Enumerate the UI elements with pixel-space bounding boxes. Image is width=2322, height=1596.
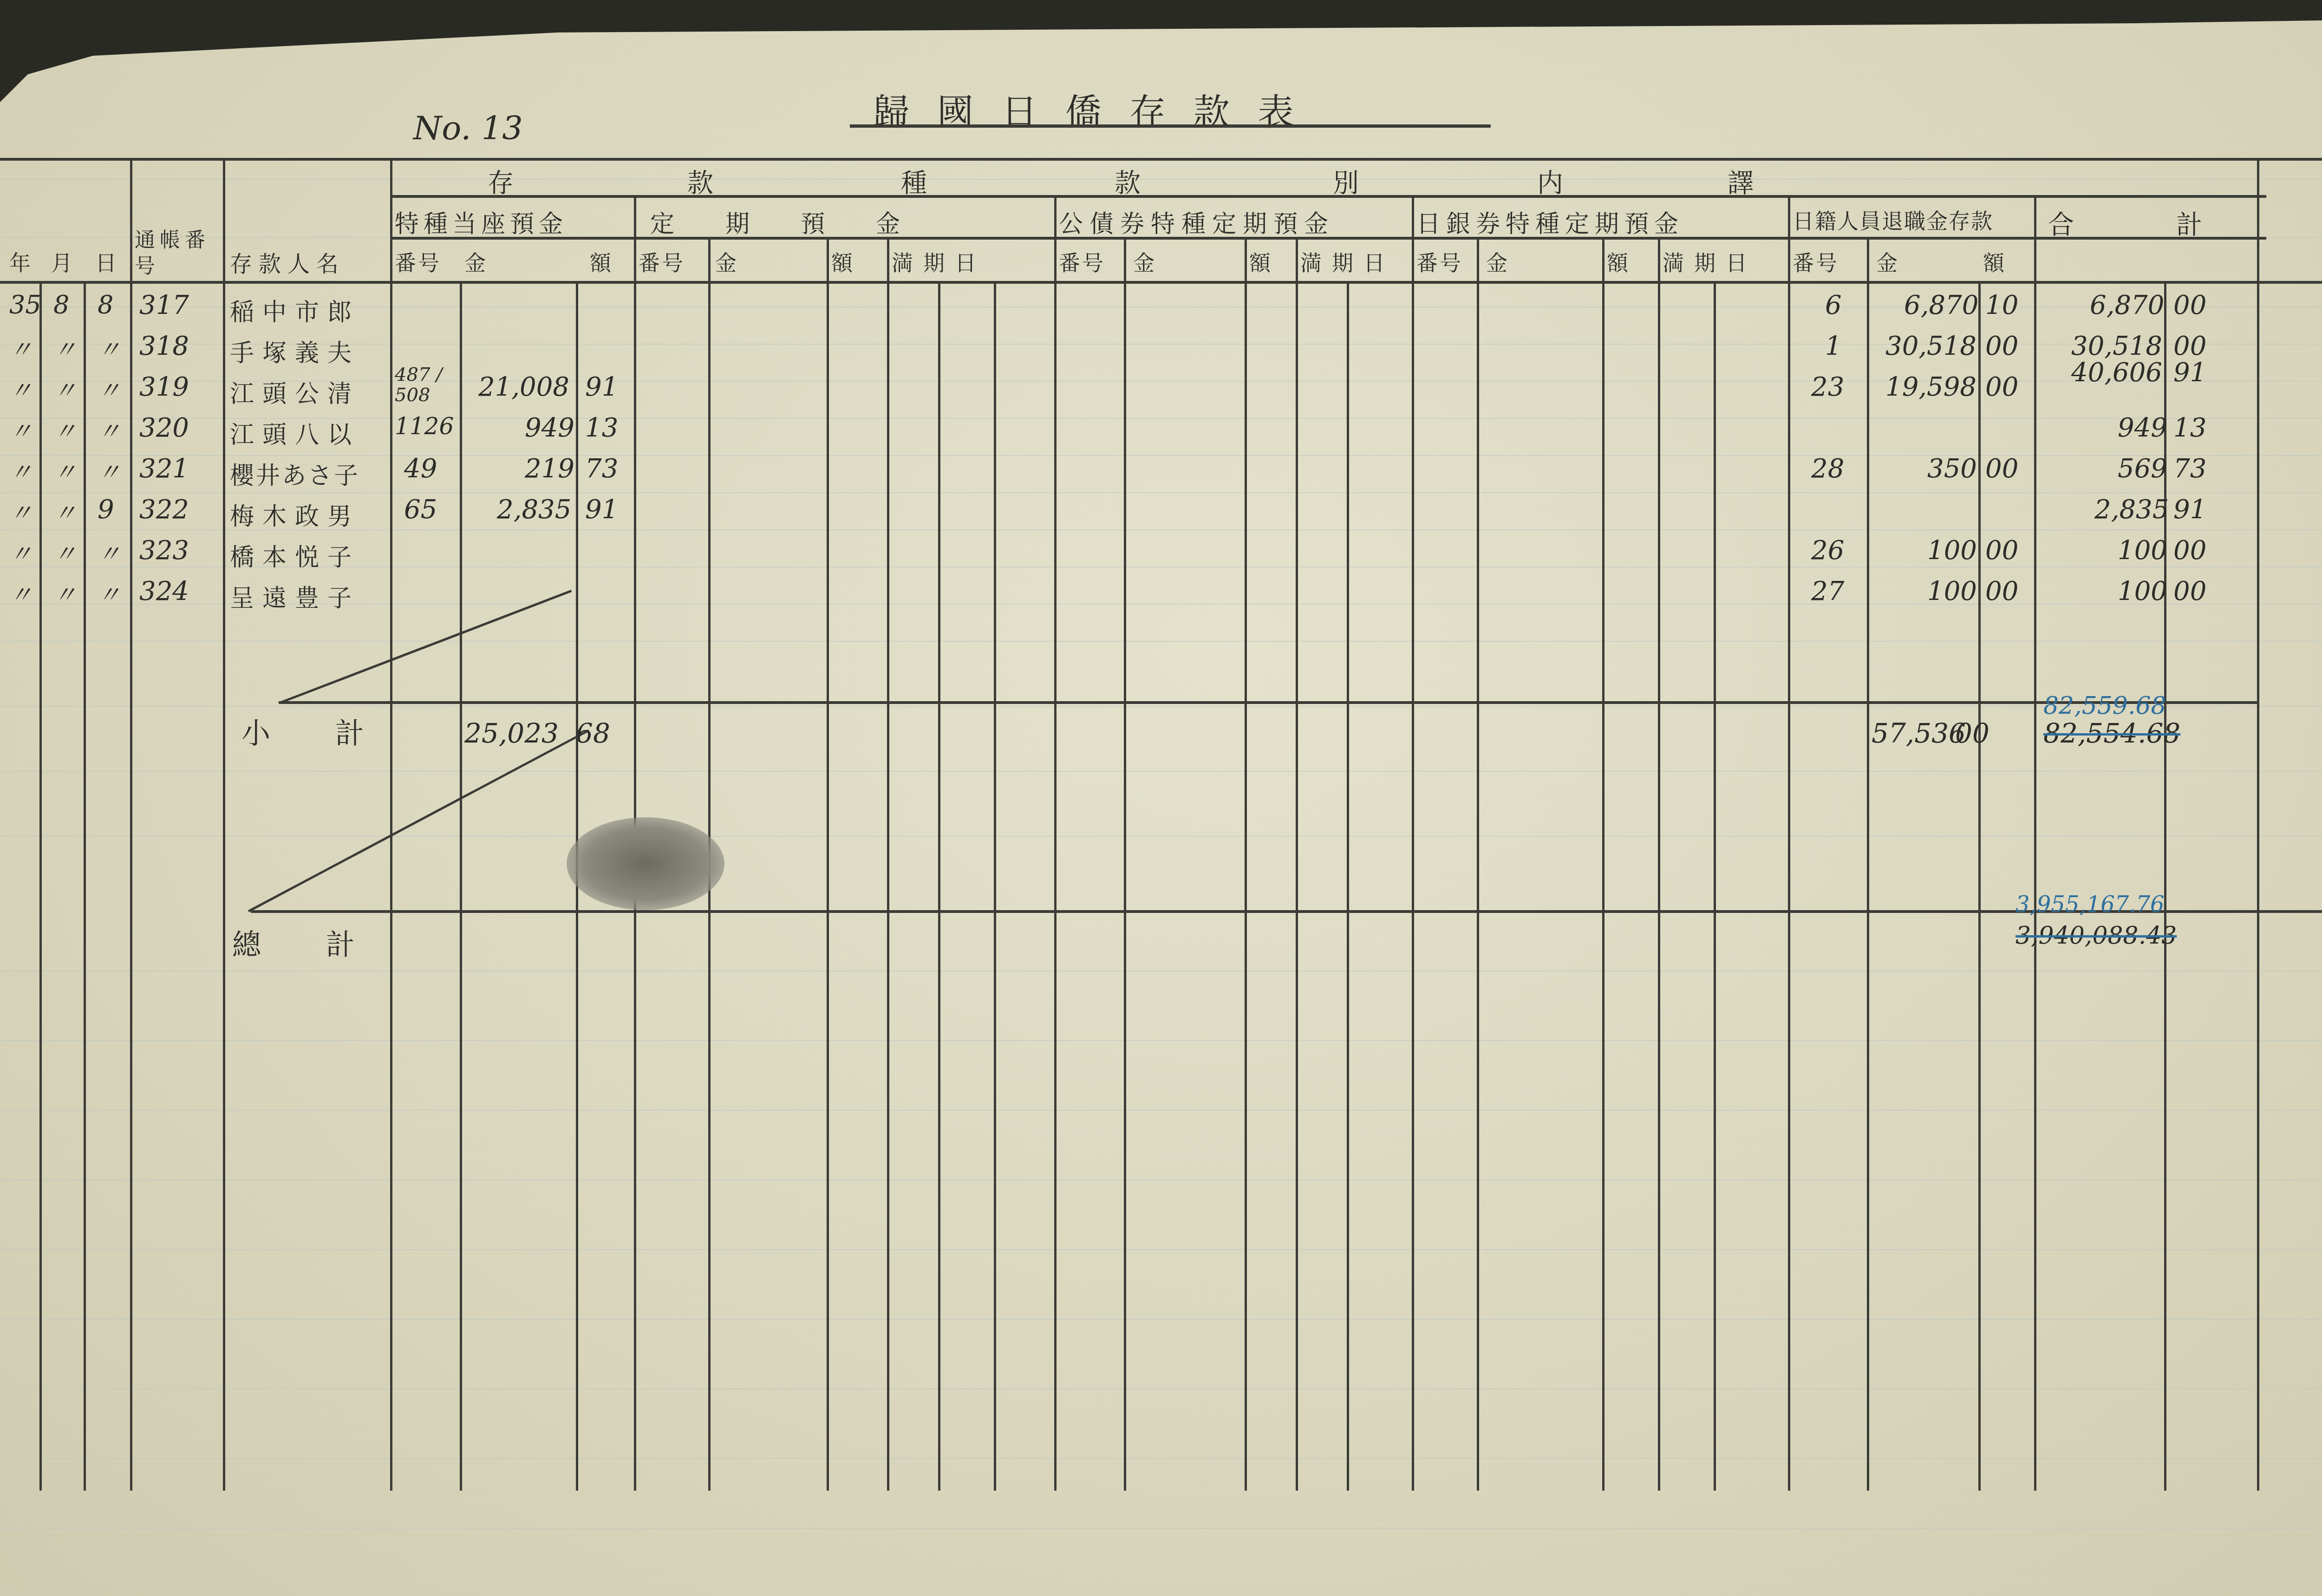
row-total: 569 — [2118, 454, 2167, 484]
ruled-line — [0, 1110, 2322, 1111]
col-rule — [130, 158, 132, 1491]
col-rule — [994, 283, 996, 1491]
header-sub-amount: 金 — [1486, 246, 1517, 277]
row-total-sen: 91 — [2173, 495, 2206, 525]
ruled-line — [0, 771, 2322, 772]
header-category-time-deposit: 定期預金 — [650, 204, 951, 239]
header-sub-no: 番号 — [1416, 246, 1463, 277]
header-sub-amount: 額 — [1249, 246, 1280, 277]
col-rule — [938, 283, 940, 1491]
row-total: 949 — [2118, 413, 2167, 443]
ruled-line — [0, 971, 2322, 971]
row-depositor-name: 江頭公清 — [230, 374, 360, 409]
col-rule — [39, 283, 42, 1491]
col-rule — [1245, 237, 1247, 1491]
row-retire-no: 28 — [1811, 454, 1844, 484]
row-day: 8 — [98, 290, 113, 319]
col-rule — [1124, 237, 1126, 1491]
row-special-sen: 13 — [585, 413, 618, 443]
row-total-sen: 13 — [2173, 413, 2206, 443]
subtotal-retire-amount: 57,536 — [1872, 717, 1966, 749]
row-day: 〃 — [98, 372, 121, 405]
row-retire-amount: 350 — [1927, 454, 1977, 484]
col-rule — [1602, 237, 1605, 1491]
ruled-line — [0, 836, 2322, 837]
row-retire-sen: 00 — [1985, 331, 2018, 361]
row-passbook: 324 — [139, 576, 189, 606]
header-day: 日 — [95, 246, 126, 277]
header-sub-maturity: 満期日 — [1300, 246, 1395, 277]
row-year: 〃 — [9, 535, 33, 569]
col-rule — [1658, 237, 1660, 1491]
row-month: 〃 — [53, 372, 77, 405]
row-year: 35 — [9, 290, 41, 319]
row-total: 2,835 — [2094, 495, 2169, 525]
row-total-sen: 00 — [2173, 290, 2206, 320]
row-day: 〃 — [98, 576, 121, 610]
header-category-special-current: 特種当座預金 — [395, 204, 567, 239]
row-retire-sen: 00 — [1985, 454, 2018, 484]
row-month: 8 — [53, 290, 69, 319]
ruled-line — [0, 179, 2322, 180]
row-total: 40,606 — [2071, 358, 2162, 388]
ruled-line — [0, 1458, 2322, 1459]
col-rule — [460, 283, 462, 1491]
row-day: 〃 — [98, 413, 121, 446]
row-special-sen: 73 — [585, 454, 618, 484]
col-rule — [1412, 195, 1414, 1491]
row-special-sen: 91 — [585, 495, 618, 525]
subtotal-label: 小 計 — [241, 710, 392, 752]
header-group-char: 内 — [1537, 163, 1572, 200]
row-depositor-name: 呈遠豊子 — [230, 579, 360, 613]
document-number: No. 13 — [413, 109, 523, 147]
row-retire-no: 23 — [1811, 372, 1844, 402]
subtotal-retire-sen: 00 — [1955, 717, 1989, 749]
col-rule — [84, 283, 86, 1491]
header-month: 月 — [51, 246, 82, 277]
subtotal-special-amount: 25,023 — [464, 717, 559, 749]
ruled-line — [0, 1179, 2322, 1180]
row-retire-no: 6 — [1825, 290, 1842, 320]
grand-total-struck: 3,940,088.43 — [2015, 922, 2177, 950]
header-year: 年 — [9, 246, 40, 277]
row-depositor-name: 稲中市郎 — [230, 293, 360, 327]
row-retire-amount: 19,598 — [1885, 372, 1976, 402]
header-sub-amount: 額 — [590, 246, 620, 277]
header-sub-maturity: 満期日 — [1663, 246, 1757, 277]
grand-total-label: 總 計 — [232, 922, 383, 963]
header-group-char: 款 — [1115, 163, 1150, 200]
row-year: 〃 — [9, 454, 33, 487]
row-passbook: 321 — [139, 454, 189, 484]
row-month: 〃 — [53, 413, 77, 446]
row-retire-amount: 6,870 — [1904, 290, 1978, 320]
title-underline — [850, 124, 1491, 128]
subtotal-special-sen: 68 — [576, 717, 610, 749]
ruled-line — [0, 641, 2322, 642]
row-year: 〃 — [9, 413, 33, 446]
row-day: 〃 — [98, 535, 121, 569]
header-top-rule — [0, 158, 2322, 161]
grand-total-corrected: 3,955,167.76 — [2015, 892, 2165, 918]
header-group-char: 款 — [687, 163, 723, 200]
row-month: 〃 — [53, 331, 77, 365]
header-sub-no: 番号 — [639, 246, 685, 277]
header-bottom-rule — [0, 281, 2322, 284]
ruled-line — [0, 492, 2322, 493]
header-category-retirement: 日籍人員退職金存款 — [1793, 204, 1993, 235]
header-sub-amount: 金 — [1876, 246, 1907, 277]
row-year: 〃 — [9, 372, 33, 405]
header-sub-no: 番号 — [395, 246, 441, 277]
col-rule — [390, 158, 392, 1491]
row-special-amount: 21,008 — [478, 372, 569, 402]
row-special-no: 487 / 508 — [395, 365, 455, 405]
row-retire-amount: 30,518 — [1885, 331, 1976, 361]
header-sub-maturity: 満期日 — [892, 246, 986, 277]
header-category-total: 合計 — [2048, 204, 2304, 241]
col-rule — [223, 158, 225, 1491]
ruled-line — [0, 706, 2322, 707]
row-special-amount: 949 — [525, 413, 574, 443]
row-retire-no: 27 — [1811, 576, 1844, 606]
ruled-line — [0, 1528, 2322, 1529]
row-special-amount: 2,835 — [497, 495, 571, 525]
header-sub-amount: 額 — [831, 246, 862, 277]
document-title: 歸國日僑存款表 — [873, 84, 1322, 136]
row-total-sen: 00 — [2173, 576, 2206, 606]
col-rule — [887, 237, 889, 1491]
row-retire-amount: 100 — [1927, 535, 1977, 566]
row-month: 〃 — [53, 495, 77, 528]
header-sub-no: 番号 — [1793, 246, 1839, 277]
row-total-sen: 91 — [2173, 358, 2206, 388]
header-category-bond-special: 公債券特種定期預金 — [1059, 204, 1335, 239]
row-special-amount: 219 — [525, 454, 574, 484]
row-retire-sen: 00 — [1985, 372, 2018, 402]
row-passbook: 320 — [139, 413, 189, 443]
grand-total-rule — [251, 910, 2322, 913]
row-passbook: 323 — [139, 535, 189, 566]
ruled-line — [0, 1249, 2322, 1250]
row-special-no: 1126 — [395, 413, 454, 440]
row-month: 〃 — [53, 454, 77, 487]
header-depositor-name: 存款人名 — [230, 246, 345, 278]
header-sub-amount: 金 — [464, 246, 495, 277]
header-group-char: 種 — [901, 163, 936, 200]
row-retire-no: 26 — [1811, 535, 1844, 566]
col-rule — [1788, 195, 1790, 1491]
row-depositor-name: 橋本悦子 — [230, 538, 360, 573]
header-sub-amount: 額 — [1983, 246, 2014, 277]
row-depositor-name: 櫻井あさ子 — [230, 456, 360, 491]
header-sub-no: 番号 — [1059, 246, 1105, 277]
row-total-sen: 73 — [2173, 454, 2206, 484]
ruled-line — [0, 1040, 2322, 1041]
header-sub-amount: 額 — [1607, 246, 1637, 277]
row-total: 100 — [2118, 576, 2167, 606]
col-rule — [2034, 195, 2036, 1491]
header-passbook-no: 通帳番号 — [135, 228, 218, 280]
row-passbook: 317 — [139, 290, 189, 320]
row-total-sen: 00 — [2173, 535, 2206, 566]
row-depositor-name: 江頭八以 — [230, 415, 360, 450]
header-sub-amount: 金 — [1133, 246, 1164, 277]
header-group-char: 存 — [488, 163, 523, 200]
subtotal-total-corrected: 82,559.68 — [2043, 692, 2166, 720]
row-special-no: 49 — [404, 454, 437, 484]
row-passbook: 322 — [139, 495, 189, 525]
row-year: 〃 — [9, 331, 33, 365]
ruled-line — [0, 1319, 2322, 1320]
row-special-sen: 91 — [585, 372, 618, 402]
col-rule — [1347, 283, 1349, 1491]
ink-stain — [567, 817, 724, 910]
row-day: 〃 — [98, 454, 121, 487]
subtotal-total-struck: 82,554.68 — [2043, 717, 2180, 749]
header-category-boj-special: 日銀券特種定期預金 — [1416, 204, 1684, 239]
row-total-sen: 00 — [2173, 331, 2206, 361]
col-rule — [1867, 237, 1869, 1491]
row-day: 〃 — [98, 331, 121, 365]
subtotal-rule — [279, 701, 2257, 704]
row-depositor-name: 梅木政男 — [230, 497, 360, 532]
row-day: 9 — [98, 495, 114, 525]
row-year: 〃 — [9, 576, 33, 610]
row-retire-amount: 100 — [1927, 576, 1977, 606]
row-retire-no: 1 — [1825, 331, 1842, 361]
col-rule — [1978, 283, 1981, 1491]
col-rule — [827, 237, 829, 1491]
row-passbook: 319 — [139, 372, 189, 402]
header-sub-amount: 金 — [715, 246, 746, 277]
col-rule — [1714, 283, 1716, 1491]
row-depositor-name: 手塚義夫 — [230, 333, 360, 368]
row-total: 6,870 — [2090, 290, 2164, 320]
row-retire-sen: 00 — [1985, 576, 2018, 606]
row-total: 100 — [2118, 535, 2167, 566]
ruled-line — [0, 1388, 2322, 1389]
row-passbook: 318 — [139, 331, 189, 361]
row-retire-sen: 10 — [1985, 290, 2018, 320]
header-group-rule — [390, 195, 2266, 198]
col-rule — [2257, 158, 2259, 1491]
col-rule — [1296, 237, 1298, 1491]
row-retire-sen: 00 — [1985, 535, 2018, 566]
row-month: 〃 — [53, 576, 77, 610]
row-year: 〃 — [9, 495, 33, 528]
header-group-char: 譯 — [1728, 163, 1763, 200]
row-special-no: 65 — [404, 495, 437, 525]
row-total: 30,518 — [2071, 331, 2162, 361]
header-group-char: 別 — [1333, 163, 1368, 200]
col-rule — [1054, 195, 1057, 1491]
col-rule — [1477, 237, 1479, 1491]
row-month: 〃 — [53, 535, 77, 569]
